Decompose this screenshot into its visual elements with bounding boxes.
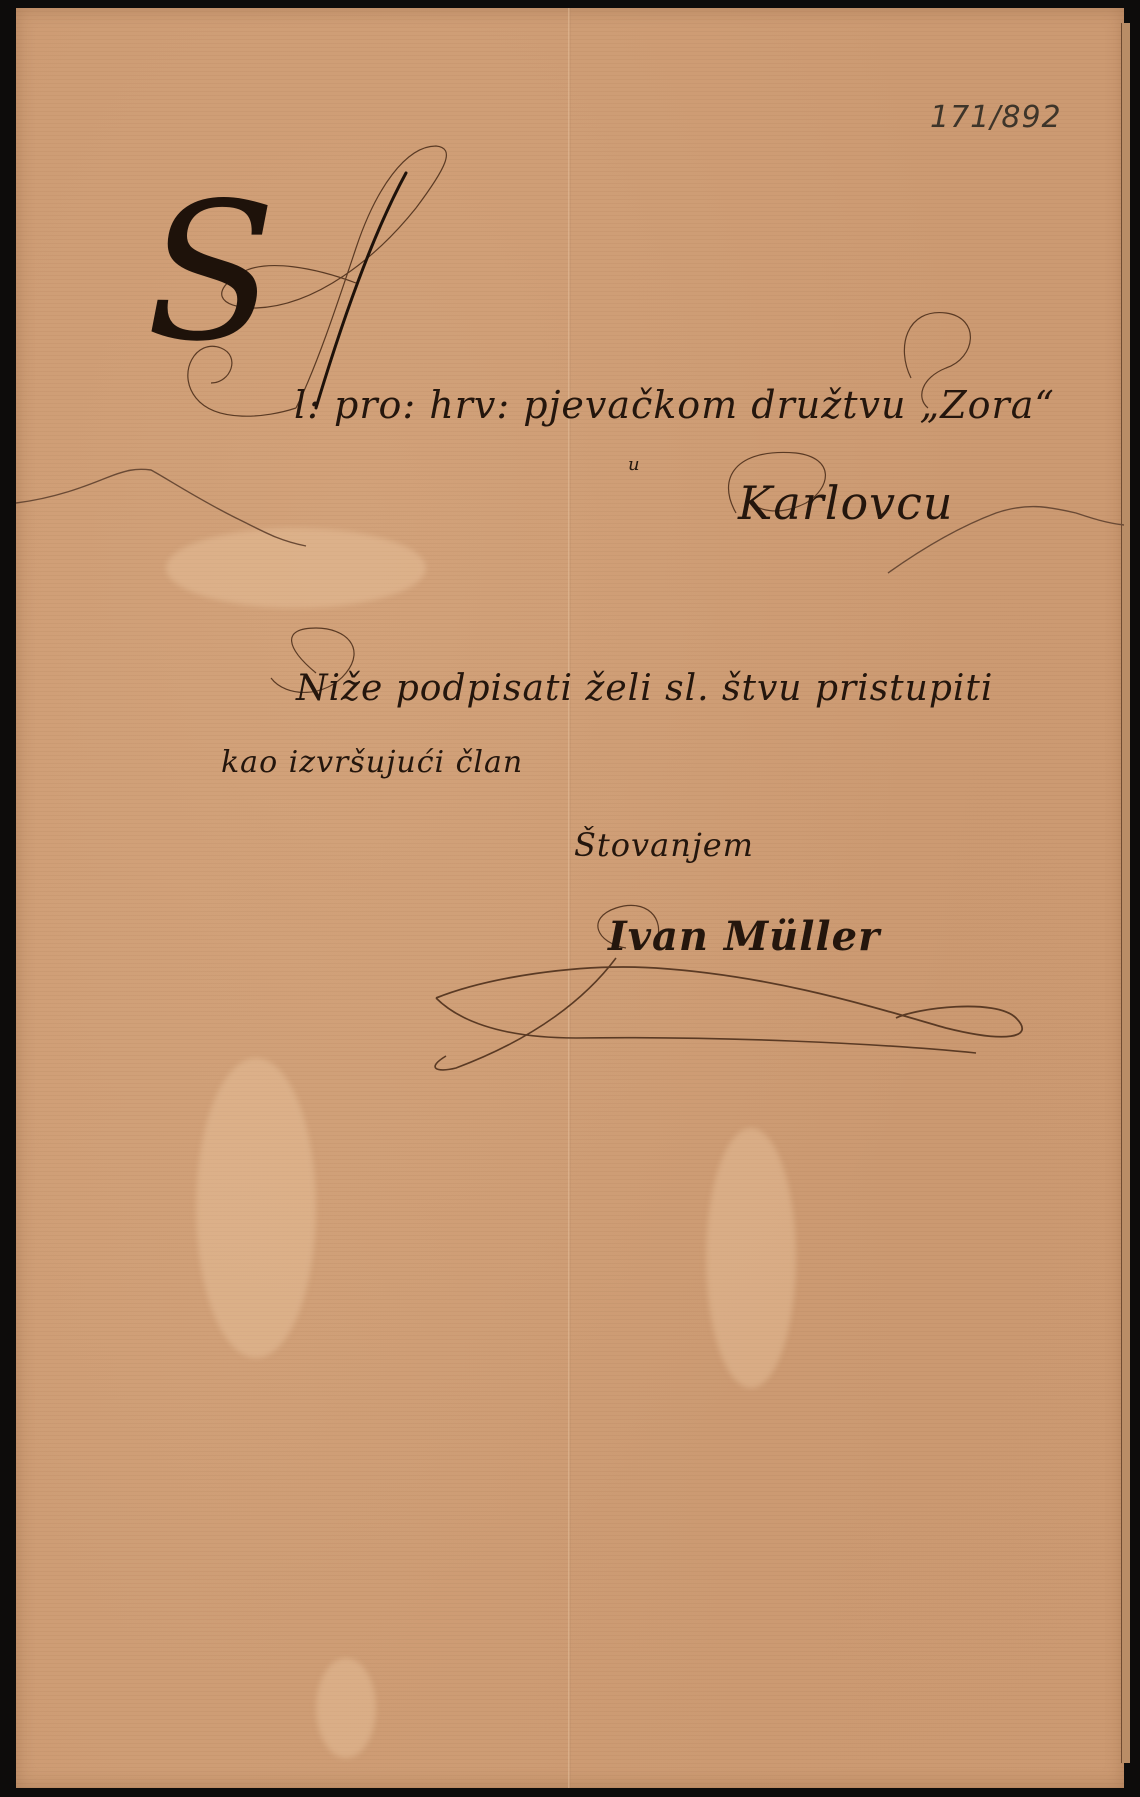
signature-flourish bbox=[436, 998, 976, 1053]
initial-s-flourish bbox=[222, 146, 447, 408]
letter-k-flourish bbox=[729, 452, 826, 513]
initial-s-stroke bbox=[316, 173, 406, 408]
paper-sheet: 171/892 S l: pro: hrv: pjevačkom družtvu… bbox=[16, 8, 1124, 1788]
initial-s-flourish bbox=[188, 346, 296, 416]
letter-n-flourish bbox=[271, 628, 354, 692]
handwriting-flourishes bbox=[16, 8, 1124, 1788]
signature-flourish bbox=[436, 967, 1022, 1037]
document-scan: 171/892 S l: pro: hrv: pjevačkom družtvu… bbox=[0, 0, 1140, 1797]
letter-z-flourish bbox=[904, 313, 970, 408]
paper-tear bbox=[888, 507, 1124, 573]
letter-i-flourish bbox=[598, 905, 659, 948]
paper-tear bbox=[16, 469, 306, 546]
